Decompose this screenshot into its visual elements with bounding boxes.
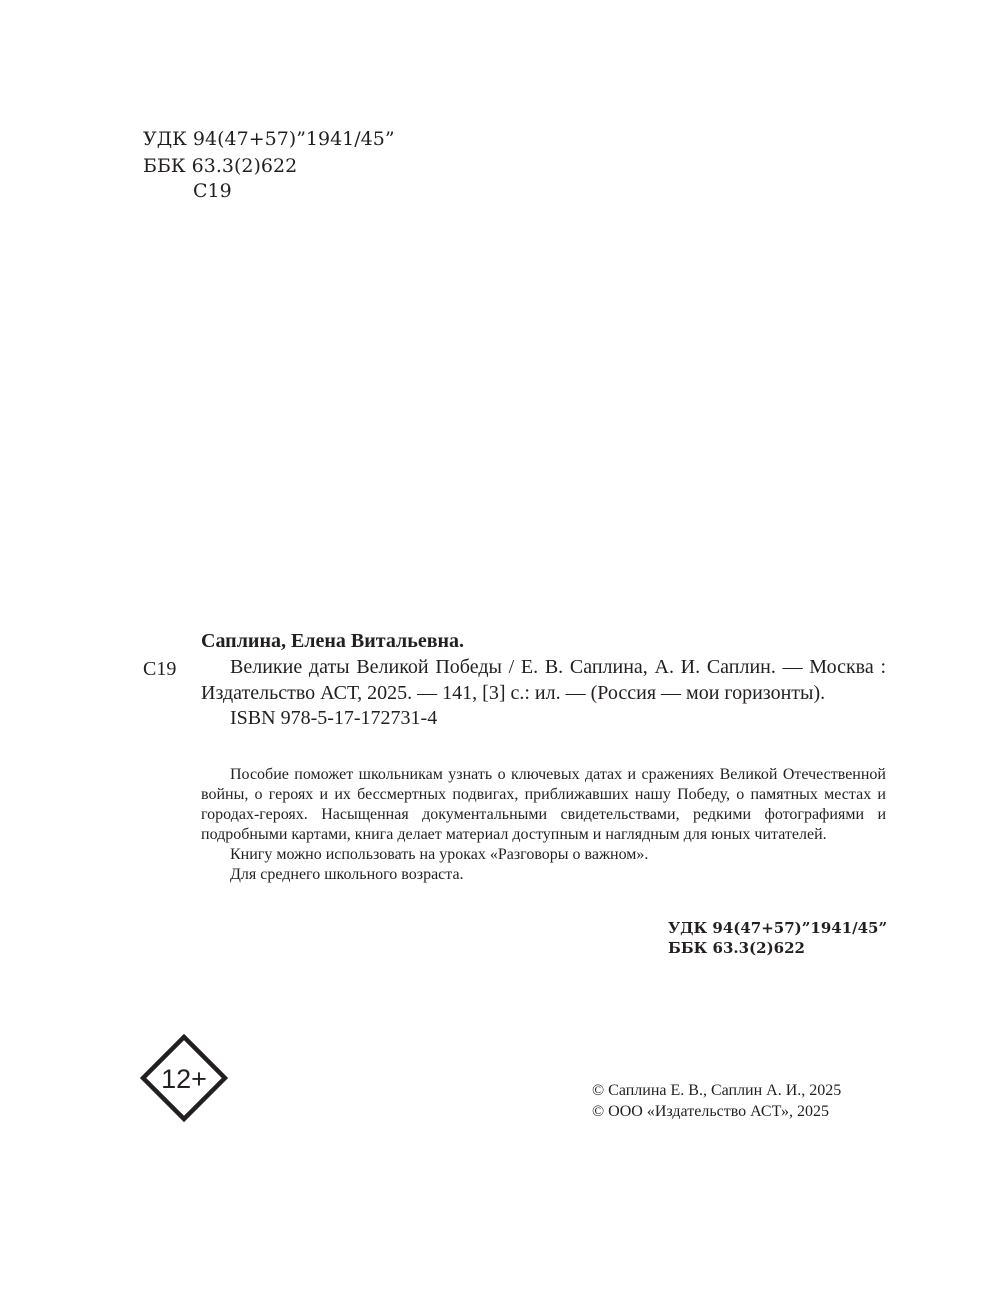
copyright-notice: © Саплина Е. В., Саплин А. И., 2025 © ОО… [592,1080,841,1122]
top-bbk-code: ББК 63.3(2)622 [143,153,395,180]
bottom-udk-code: УДК 94(47+57)”1941/45” [668,918,887,938]
diamond-age-rating-icon: 12+ [140,1034,228,1122]
isbn: ISBN 978-5-17-172731-4 [201,706,886,732]
copyright-line: © Саплина Е. В., Саплин А. И., 2025 [592,1080,841,1101]
annotation-paragraph: Пособие поможет школьникам узнать о ключ… [201,765,886,845]
top-udk-code: УДК 94(47+57)”1941/45” [143,126,395,153]
svg-text:12+: 12+ [161,1064,207,1094]
copyright-line: © ООО «Издательство АСТ», 2025 [592,1101,841,1122]
author-heading: Саплина, Елена Витальевна. [201,628,464,654]
annotation-paragraph: Книгу можно использовать на уроках «Разг… [201,845,886,865]
bibliographic-description: Великие даты Великой Победы / Е. В. Сапл… [201,655,886,706]
top-classification: УДК 94(47+57)”1941/45” ББК 63.3(2)622 [143,126,395,180]
annotation-paragraph: Для среднего школьного возраста. [201,865,886,885]
annotation: Пособие поможет школьникам узнать о ключ… [201,765,886,885]
top-author-code: С19 [193,178,232,205]
bottom-bbk-code: ББК 63.3(2)622 [668,938,887,958]
bottom-classification: УДК 94(47+57)”1941/45” ББК 63.3(2)622 [668,918,887,958]
age-rating-badge: 12+ [140,1034,228,1122]
bibliographic-record: Великие даты Великой Победы / Е. В. Сапл… [201,655,886,732]
record-author-code: С19 [143,656,176,682]
